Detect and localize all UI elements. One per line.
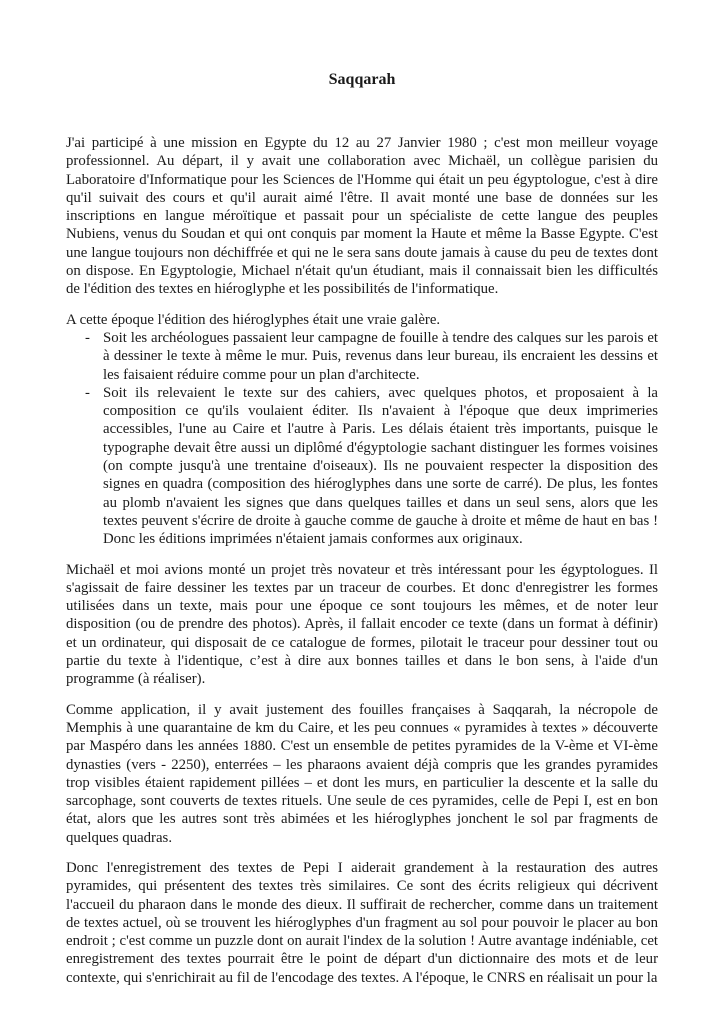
paragraph-enregistrement: Donc l'enregistrement des textes de Pepi… (66, 859, 658, 987)
bullet-dash: - (85, 329, 103, 347)
bullet-dash: - (85, 384, 103, 402)
document-page: Saqqarah J'ai participé à une mission en… (0, 0, 724, 1024)
document-title: Saqqarah (66, 70, 658, 89)
paragraph-edition-intro: A cette époque l'édition des hiéroglyphe… (66, 311, 658, 329)
list-item: - Soit ils relevaient le texte sur des c… (85, 384, 658, 549)
paragraph-application: Comme application, il y avait justement … (66, 701, 658, 847)
list-item-text: Soit ils relevaient le texte sur des cah… (103, 384, 658, 549)
paragraph-mission: J'ai participé à une mission en Egypte d… (66, 134, 658, 299)
paragraph-projet: Michaël et moi avions monté un projet tr… (66, 561, 658, 689)
list-item-text: Soit les archéologues passaient leur cam… (103, 329, 658, 384)
bullet-list: - Soit les archéologues passaient leur c… (85, 329, 658, 549)
list-item: - Soit les archéologues passaient leur c… (85, 329, 658, 384)
